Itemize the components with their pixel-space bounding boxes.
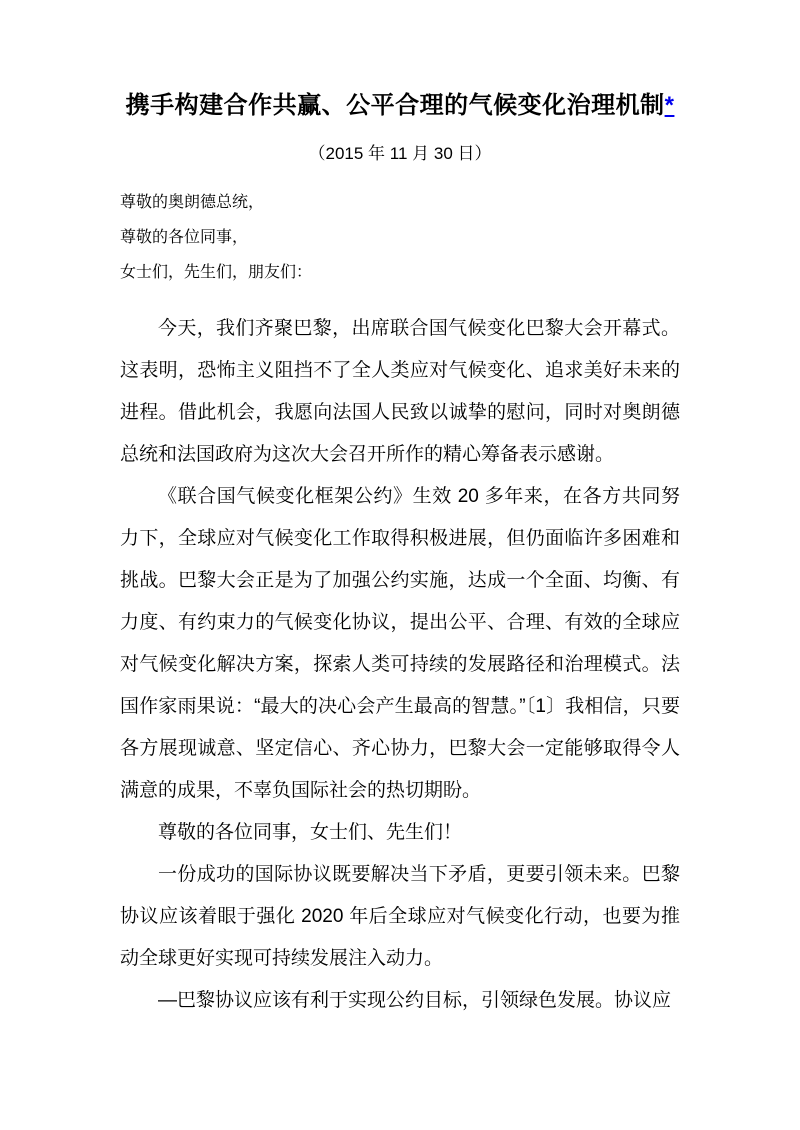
document-title: 携手构建合作共赢、公平合理的气候变化治理机制*	[120, 90, 680, 122]
date-line: （2015 年 11 月 30 日）	[120, 143, 680, 165]
salutation-line-colleagues: 尊敬的各位同事，	[120, 220, 680, 255]
salutation-line-ladies-gentlemen: 女士们，先生们，朋友们：	[120, 255, 680, 290]
body-paragraph-2: 《联合国气候变化框架公约》生效 20 多年来，在各方共同努力下，全球应对气候变化…	[120, 476, 680, 812]
body-paragraph-4: 一份成功的国际协议既要解决当下矛盾，更要引领未来。巴黎协议应该着眼于强化 202…	[120, 854, 680, 980]
title-footnote-link[interactable]: *	[665, 92, 675, 119]
title-text: 携手构建合作共赢、公平合理的气候变化治理机制	[126, 92, 665, 119]
document-body: 今天，我们齐聚巴黎，出席联合国气候变化巴黎大会开幕式。这表明，恐怖主义阻挡不了全…	[120, 308, 680, 1022]
document-page: 携手构建合作共赢、公平合理的气候变化治理机制* （2015 年 11 月 30 …	[0, 0, 800, 1130]
body-paragraph-5: —巴黎协议应该有利于实现公约目标，引领绿色发展。协议应	[120, 980, 680, 1022]
body-paragraph-1: 今天，我们齐聚巴黎，出席联合国气候变化巴黎大会开幕式。这表明，恐怖主义阻挡不了全…	[120, 308, 680, 476]
salutation-line-president: 尊敬的奥朗德总统，	[120, 185, 680, 220]
body-paragraph-3: 尊敬的各位同事，女士们、先生们！	[120, 812, 680, 854]
salutation-block: 尊敬的奥朗德总统， 尊敬的各位同事， 女士们，先生们，朋友们：	[120, 185, 680, 290]
